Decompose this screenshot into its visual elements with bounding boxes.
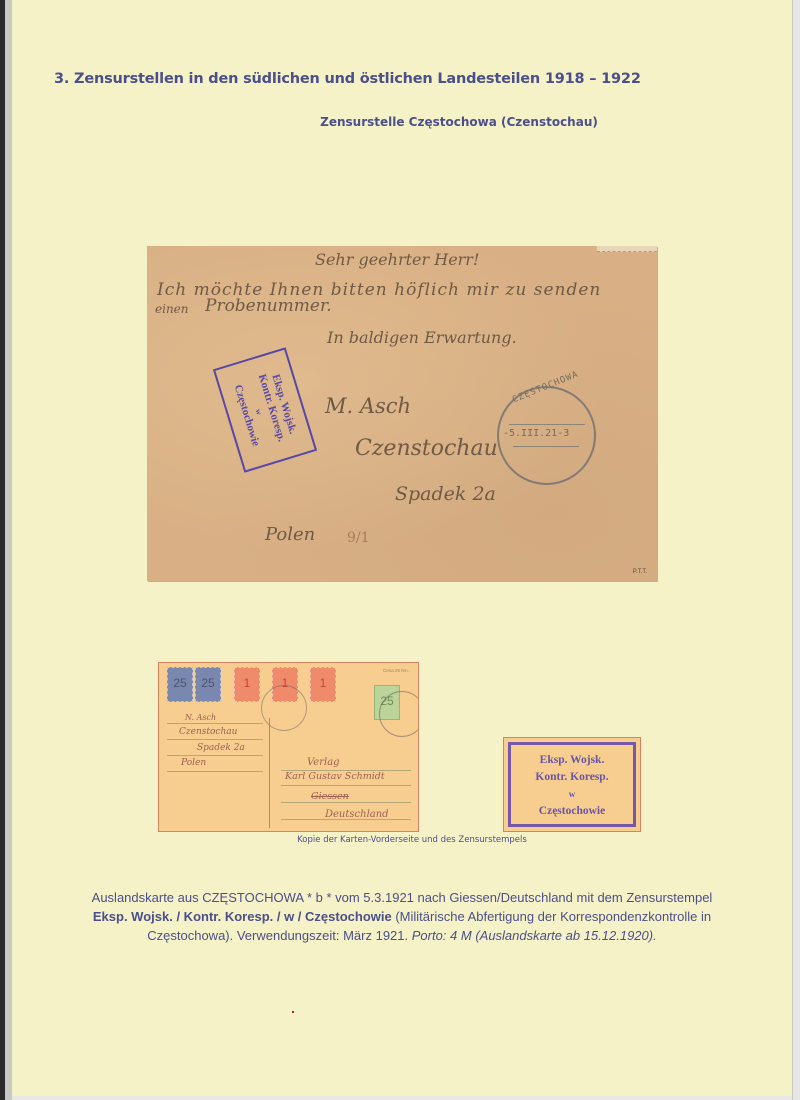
address-rule bbox=[167, 723, 263, 724]
scan-edge-bottom bbox=[12, 1096, 792, 1100]
description-italic: Porto: 4 M (Auslandskarte ab 15.12.1920)… bbox=[412, 928, 657, 943]
printer-mark: P.T.T. bbox=[633, 569, 647, 575]
address-line: Spadek 2a bbox=[395, 483, 496, 505]
recipient-line: Verlag bbox=[307, 757, 340, 768]
postcard-front-copy: 25 25 1 1 1 25 Cena 25 fen. N. Asch Czen… bbox=[158, 662, 419, 832]
address-line: Czenstochau bbox=[355, 436, 498, 461]
address-line: M. Asch bbox=[325, 394, 411, 418]
sender-line: Czenstochau bbox=[179, 727, 237, 737]
postmark-icon bbox=[379, 691, 419, 737]
page-subtitle: Zensurstelle Częstochowa (Czenstochau) bbox=[0, 115, 800, 129]
description-line: Auslandskarte aus CZĘSTOCHOWA * b * vom … bbox=[92, 890, 713, 905]
page-title: 3. Zensurstellen in den südlichen und ös… bbox=[54, 71, 641, 87]
censor-stamp: Eksp. Wojsk. Kontr. Koresp. w Częstochow… bbox=[213, 347, 317, 473]
pencil-mark: 9/1 bbox=[347, 530, 370, 546]
scan-edge-right bbox=[792, 0, 800, 1100]
description-text: Auslandskarte aus CZĘSTOCHOWA * b * vom … bbox=[78, 888, 726, 945]
postmark-town: CZĘSTOCHOWA bbox=[511, 370, 580, 406]
stamp-icon: 25 bbox=[195, 667, 221, 702]
address-rule bbox=[167, 755, 263, 756]
postmark-bar bbox=[509, 424, 585, 425]
sender-line: N. Asch bbox=[185, 713, 216, 722]
censor-copy-line: Eksp. Wojsk. bbox=[504, 752, 640, 769]
handwriting-line: Probenummer. bbox=[205, 296, 332, 316]
address-line: Polen bbox=[265, 524, 315, 545]
handwriting-line: einen bbox=[155, 302, 189, 316]
postcard-reverse-image: Sehr geehrter Herr! Ich möchte Ihnen bit… bbox=[147, 246, 657, 581]
sender-line: Spadek 2a bbox=[197, 743, 245, 753]
stamp-icon: 1 bbox=[310, 667, 336, 702]
address-rule bbox=[167, 771, 263, 772]
scan-edge-margin bbox=[5, 0, 12, 1100]
postmark-icon: CZĘSTOCHOWA -5.III.21-3 bbox=[497, 386, 596, 485]
price-imprint: Cena 25 fen. bbox=[383, 668, 409, 673]
torn-edge bbox=[597, 246, 657, 252]
censor-stamp-copy: Eksp. Wojsk. Kontr. Koresp. w Częstochow… bbox=[503, 737, 641, 832]
censor-copy-line: w bbox=[504, 786, 640, 803]
address-rule bbox=[167, 739, 263, 740]
address-rule bbox=[281, 802, 411, 803]
recipient-line: Giessen bbox=[311, 791, 349, 802]
speck bbox=[292, 1011, 294, 1013]
censor-copy-line: Częstochowie bbox=[504, 803, 640, 820]
stamp-icon: 25 bbox=[167, 667, 193, 702]
recipient-line: Karl Gustav Schmidt bbox=[285, 771, 385, 782]
handwriting-line: Sehr geehrter Herr! bbox=[315, 250, 479, 269]
recipient-line: Deutschland bbox=[325, 809, 389, 820]
sender-line: Polen bbox=[181, 758, 206, 768]
address-rule bbox=[281, 785, 411, 786]
postmark-date: -5.III.21-3 bbox=[503, 428, 569, 439]
handwriting-line: In baldigen Erwartung. bbox=[327, 328, 517, 347]
stamp-icon: 1 bbox=[234, 667, 260, 702]
divider-line bbox=[269, 718, 270, 828]
postmark-icon bbox=[261, 685, 307, 731]
image-caption: Kopie der Karten-Vorderseite und des Zen… bbox=[0, 835, 800, 845]
description-bold: Eksp. Wojsk. / Kontr. Koresp. / w / Częs… bbox=[93, 909, 392, 924]
postmark-bar bbox=[513, 446, 579, 447]
censor-copy-line: Kontr. Koresp. bbox=[504, 769, 640, 786]
